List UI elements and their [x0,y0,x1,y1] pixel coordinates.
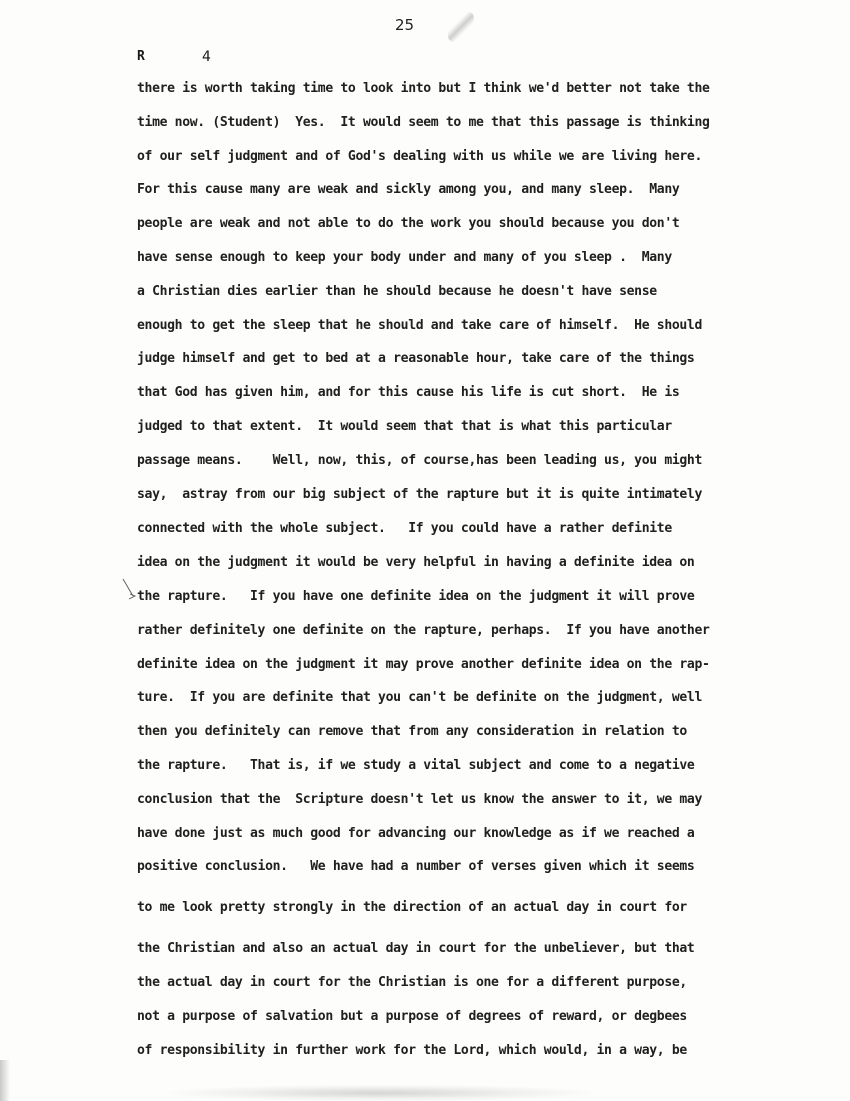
text-line: the actual day in court for the Christia… [137,975,687,991]
typed-page: 25 R 4 there is worth taking time to loo… [0,0,850,1101]
text-line: passage means. Well, now, this, of cours… [137,453,702,469]
text-line: people are weak and not able to do the w… [137,216,679,232]
text-line: definite idea on the judgment it may pro… [137,657,710,673]
text-line: the rapture. If you have one definite id… [137,589,694,605]
text-line: the rapture. That is, if we study a vita… [137,758,694,774]
margin-arrow-icon [121,578,137,602]
text-line: say, astray from our big subject of the … [137,487,702,503]
header-letter: R [137,49,145,64]
text-line: there is worth taking time to look into … [137,81,710,97]
text-line: judge himself and get to bed at a reason… [137,351,694,367]
scan-shadow [170,1085,590,1101]
text-line: that God has given him, and for this cau… [137,385,679,401]
text-line: have done just as much good for advancin… [137,826,694,842]
text-line: For this cause many are weak and sickly … [137,182,679,198]
text-line: judged to that extent. It would seem tha… [137,419,672,435]
text-line: positive conclusion. We have had a numbe… [137,859,694,875]
text-line: the Christian and also an actual day in … [137,941,694,957]
page-edge-shadow [0,1060,10,1101]
text-line: time now. (Student) Yes. It would seem t… [137,115,710,131]
text-line: a Christian dies earlier than he should … [137,284,657,300]
text-line: then you definitely can remove that from… [137,724,687,740]
text-line: of responsibility in further work for th… [137,1043,687,1059]
text-line: connected with the whole subject. If you… [137,521,672,537]
page-number: 25 [395,16,414,34]
text-line: not a purpose of salvation but a purpose… [137,1009,687,1025]
text-line: rather definitely one definite on the ra… [137,623,710,639]
text-line: idea on the judgment it would be very he… [137,555,694,571]
header-number: 4 [202,49,211,65]
text-line: ture. If you are definite that you can't… [137,690,702,706]
ink-smudge [448,12,474,42]
text-line: have sense enough to keep your body unde… [137,250,672,266]
text-line: conclusion that the Scripture doesn't le… [137,792,702,808]
text-line: of our self judgment and of God's dealin… [137,149,702,165]
text-line: enough to get the sleep that he should a… [137,318,702,334]
text-line: to me look pretty strongly in the direct… [137,900,687,916]
